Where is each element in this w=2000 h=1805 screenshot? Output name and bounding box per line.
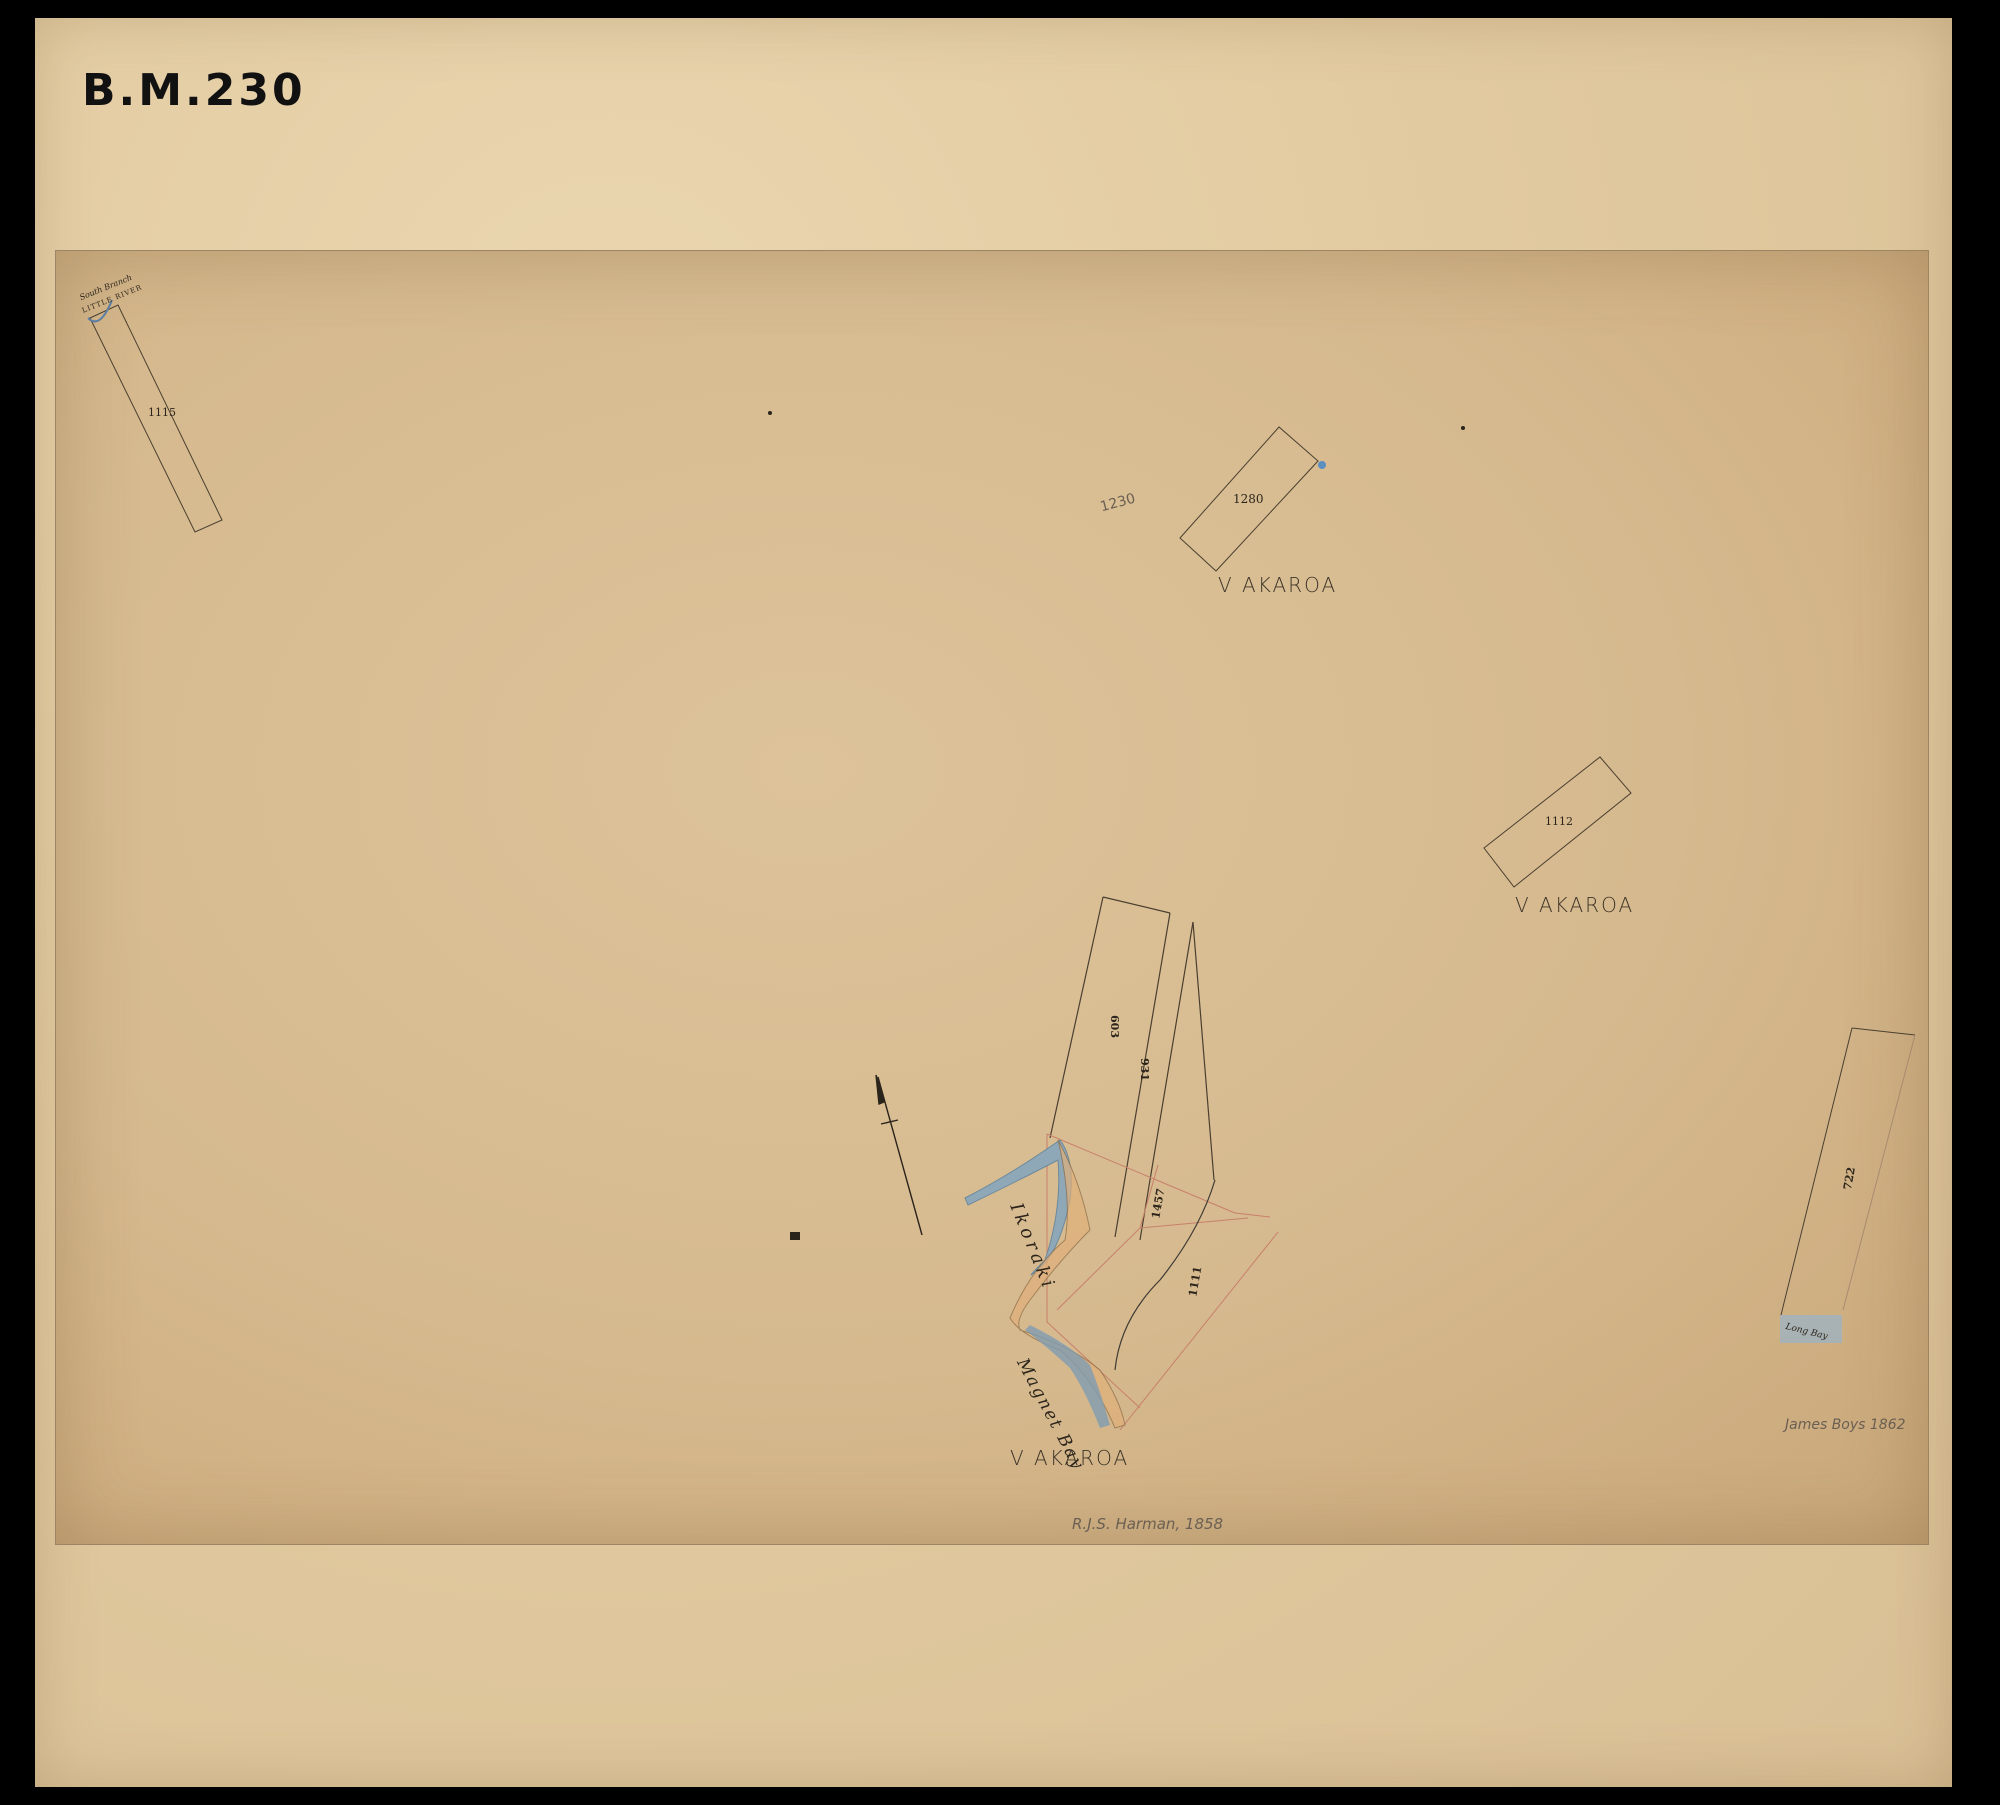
signature-boys: James Boys 1862 xyxy=(1785,1417,1906,1433)
lot-number-1280: 1280 xyxy=(1233,492,1264,506)
lot-number-1115: 1115 xyxy=(148,406,176,419)
north-arrow-icon xyxy=(876,1075,922,1235)
district-label-akaroa-right: V AKAROA xyxy=(1515,893,1634,917)
signature-harman: R.J.S. Harman, 1858 xyxy=(1072,1515,1223,1533)
survey-drawing xyxy=(0,0,2000,1805)
lot-number-1112: 1112 xyxy=(1545,815,1573,828)
ink-marks xyxy=(768,411,1465,1240)
lot-number-931: 931 xyxy=(1138,1058,1151,1081)
district-label-akaroa-top: V AKAROA xyxy=(1218,573,1337,597)
lot-number-603: 603 xyxy=(1108,1015,1121,1038)
